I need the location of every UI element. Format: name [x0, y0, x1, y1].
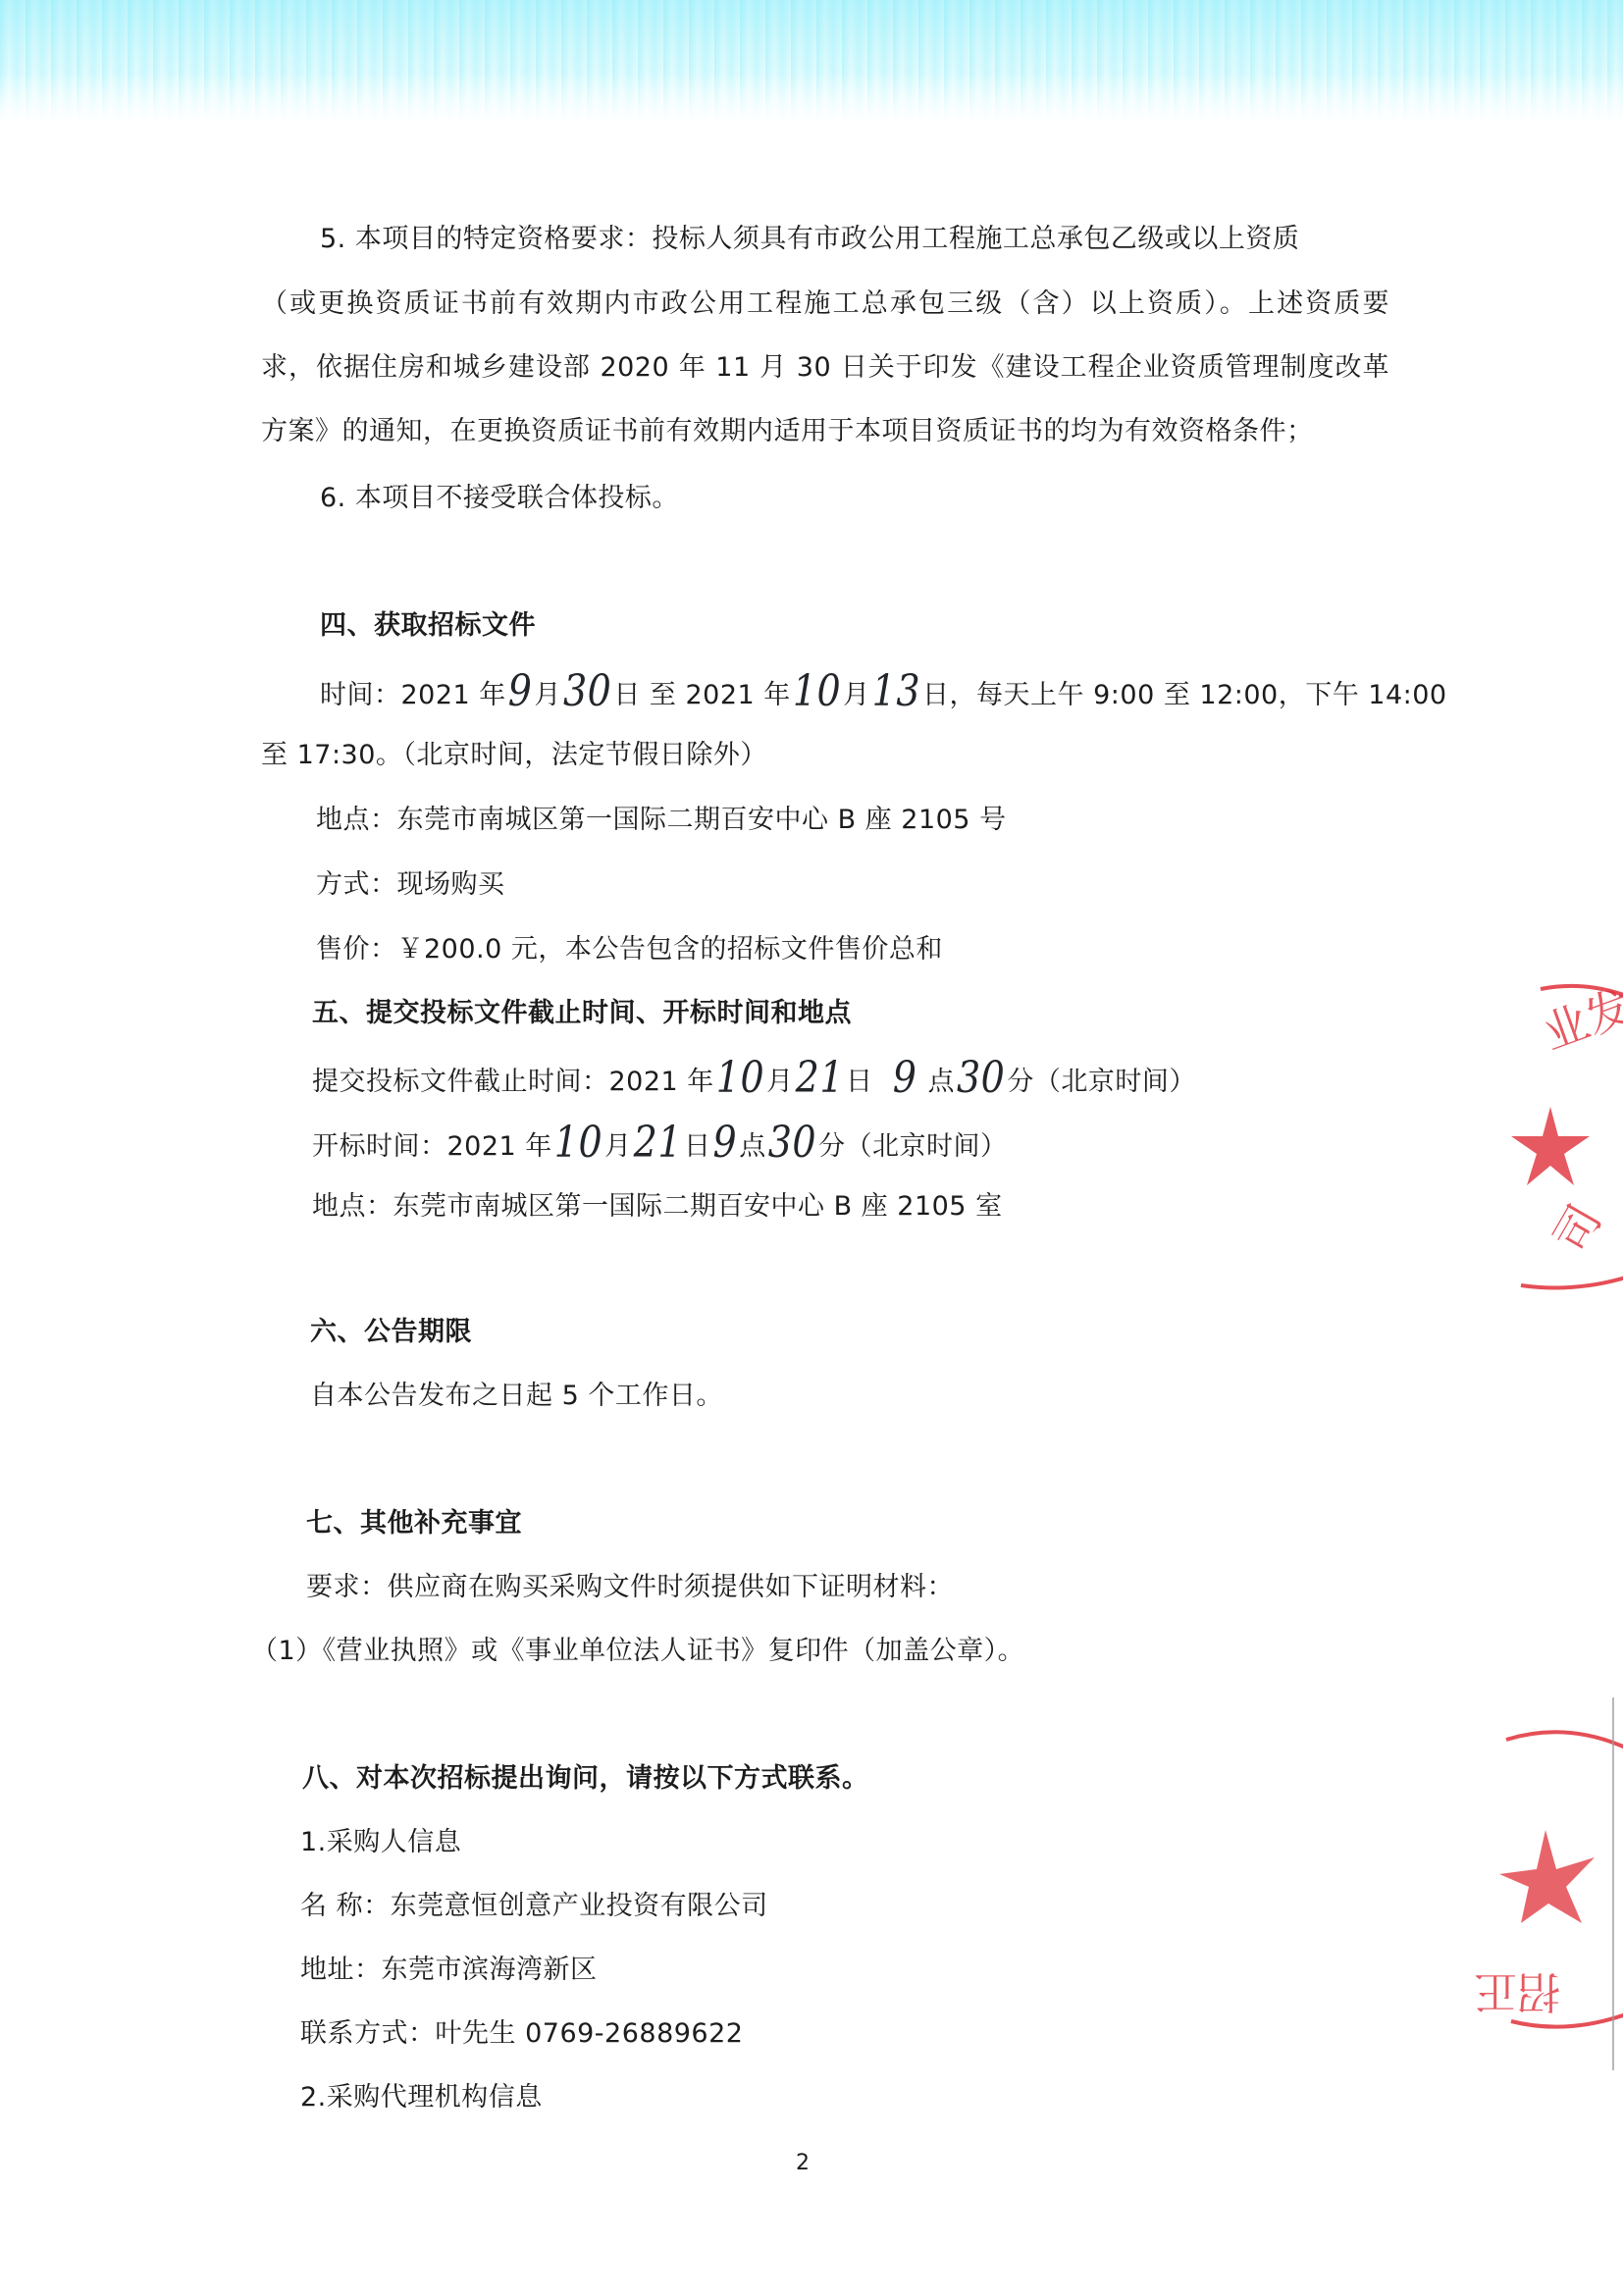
handwritten-deadline-hour: 9 [893, 1057, 917, 1097]
time-suffix: 日，每天上午 9:00 至 12:00，下午 14:00 [922, 680, 1447, 710]
handwritten-opening-day: 21 [634, 1122, 682, 1162]
submission-deadline: 提交投标文件截止时间：2021 年10月21日 9 点30分（北京时间） [312, 1060, 1196, 1100]
page-number: 2 [796, 2151, 810, 2175]
month-label: 月 [843, 680, 870, 710]
scan-edge-line [1612, 1697, 1614, 2070]
purchaser-info-title: 1.采购人信息 [300, 1825, 461, 1860]
item5-line4: 方案》的通知，在更换资质证书前有效期内适用于本项目资质证书的均为有效资格条件； [261, 414, 1314, 449]
scan-artifact-top [0, 0, 1623, 123]
seal-upper-text: 业发 [1536, 979, 1623, 1060]
acquisition-time-line: 时间：2021 年9月30日 至 2021 年10月13日，每天上午 9:00 … [320, 673, 1447, 713]
section-four-heading: 四、获取招标文件 [320, 608, 536, 644]
acquisition-location: 地点：东莞市南城区第一国际二期百安中心 B 座 2105 号 [316, 803, 1007, 838]
purchaser-contact: 联系方式：叶先生 0769-26889622 [300, 2016, 743, 2052]
month-label: 月 [534, 680, 561, 710]
to-label: 日 至 2021 年 [613, 680, 790, 710]
handwritten-end-month: 10 [793, 670, 841, 710]
handwritten-deadline-month: 10 [716, 1057, 764, 1097]
supplier-requirement: 要求：供应商在购买采购文件时须提供如下证明材料： [306, 1570, 954, 1605]
opening-time: 开标时间：2021 年10月21日9点30分（北京时间） [312, 1124, 1008, 1165]
month-label: 月 [766, 1067, 794, 1097]
day-label: 日 [684, 1131, 711, 1162]
section-eight-heading: 八、对本次招标提出询问，请按以下方式联系。 [302, 1761, 869, 1797]
deadline-suffix: 分（北京时间） [1007, 1067, 1196, 1097]
company-seal-upper: 业发 司 [1511, 971, 1623, 1305]
agency-info-title: 2.采购代理机构信息 [300, 2080, 543, 2115]
deadline-prefix: 提交投标文件截止时间：2021 年 [312, 1067, 714, 1097]
section-five-heading: 五、提交投标文件截止时间、开标时间和地点 [312, 996, 852, 1031]
section-seven-heading: 七、其他补充事宜 [306, 1506, 522, 1541]
handwritten-opening-hour: 9 [713, 1122, 738, 1162]
document-price: 售价：￥200.0 元，本公告包含的招标文件售价总和 [316, 932, 943, 967]
handwritten-opening-minute: 30 [768, 1122, 816, 1162]
handwritten-deadline-day: 21 [796, 1057, 844, 1097]
opening-suffix: 分（北京时间） [818, 1131, 1008, 1162]
handwritten-opening-month: 10 [554, 1122, 602, 1162]
item5-line1: 5. 本项目的特定资格要求：投标人须具有市政公用工程施工总承包乙级或以上资质 [320, 222, 1299, 257]
purchaser-address: 地址：东莞市滨海湾新区 [300, 1953, 598, 1988]
opening-prefix: 开标时间：2021 年 [312, 1131, 552, 1162]
item5-line2: （或更换资质证书前有效期内市政公用工程施工总承包三级（含）以上资质）。上述资质要 [261, 287, 1389, 322]
handwritten-start-day: 30 [563, 670, 611, 710]
opening-location: 地点：东莞市南城区第一国际二期百安中心 B 座 2105 室 [312, 1189, 1003, 1225]
announcement-period: 自本公告发布之日起 5 个工作日。 [310, 1379, 723, 1414]
handwritten-start-month: 9 [508, 670, 533, 710]
hour-label: 点 [927, 1067, 955, 1097]
hour-label: 点 [739, 1131, 766, 1162]
handwritten-end-day: 13 [872, 670, 920, 710]
purchaser-name: 名 称：东莞意恒创意产业投资有限公司 [300, 1889, 768, 1924]
acquisition-method: 方式：现场购买 [316, 867, 505, 903]
svg-text:司: 司 [1544, 1196, 1612, 1262]
requirement-item1: （1）《营业执照》或《事业单位法人证书》复印件（加盖公章）。 [251, 1634, 1024, 1669]
handwritten-deadline-minute: 30 [957, 1057, 1005, 1097]
company-seal-lower: 招正 [1472, 1712, 1623, 2046]
month-label: 月 [604, 1131, 632, 1162]
item6: 6. 本项目不接受联合体投标。 [320, 481, 679, 516]
time-prefix: 时间：2021 年 [320, 680, 506, 710]
acquisition-time-line2: 至 17:30。（北京时间，法定节假日除外） [261, 738, 767, 773]
day-label: 日 [846, 1067, 873, 1097]
section-six-heading: 六、公告期限 [310, 1315, 472, 1350]
item5-line3: 求，依据住房和城乡建设部 2020 年 11 月 30 日关于印发《建设工程企业… [261, 350, 1389, 386]
seal-lower-text: 招正 [1474, 1966, 1560, 2016]
